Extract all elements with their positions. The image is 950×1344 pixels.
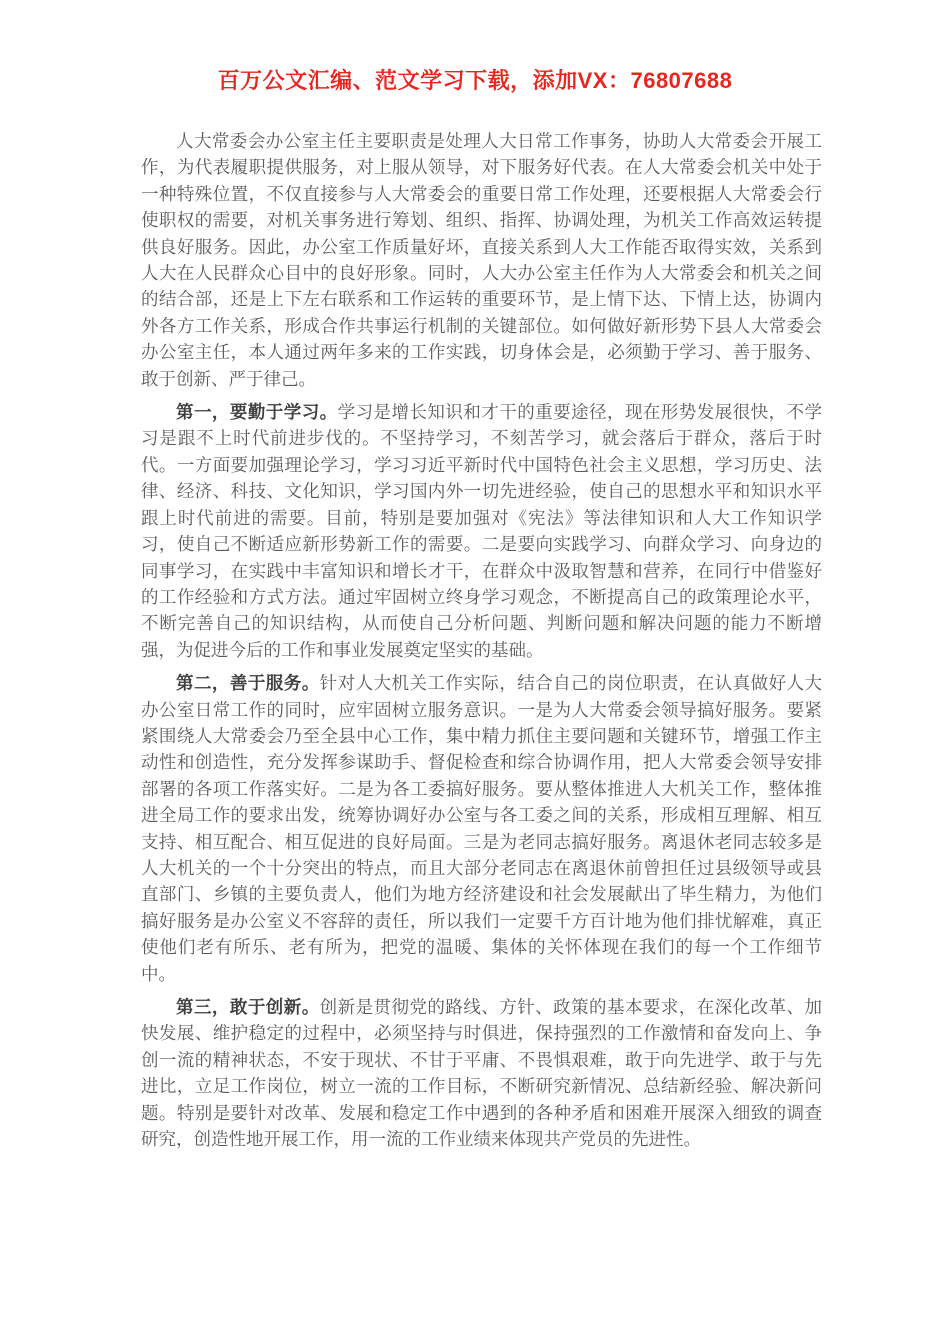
document-page: 百万公文汇编、范文学习下载，添加VX：76807688 人大常委会办公室主任主要… xyxy=(0,0,950,1344)
paragraph-point-3: 第三，敢于创新。创新是贯彻党的路线、方针、政策的基本要求，在深化改革、加快发展、… xyxy=(141,994,822,1152)
paragraph-lead: 第三，敢于创新。 xyxy=(176,997,320,1017)
paragraph-point-1: 第一，要勤于学习。学习是增长知识和才干的重要途径，现在形势发展很快，不学习是跟不… xyxy=(141,399,822,663)
paragraph-text: 学习是增长知识和才干的重要途径，现在形势发展很快，不学习是跟不上时代前进步伐的。… xyxy=(141,402,822,660)
paragraph-text: 人大常委会办公室主任主要职责是处理人大日常工作事务，协助人大常委会开展工作，为代… xyxy=(141,131,822,389)
paragraph-lead: 第二，善于服务。 xyxy=(176,673,320,693)
paragraph-point-2: 第二，善于服务。针对人大机关工作实际，结合自己的岗位职责，在认真做好人大办公室日… xyxy=(141,670,822,987)
document-body: 人大常委会办公室主任主要职责是处理人大日常工作事务，协助人大常委会开展工作，为代… xyxy=(141,128,822,1152)
paragraph-text: 针对人大机关工作实际，结合自己的岗位职责，在认真做好人大办公室日常工作的同时，应… xyxy=(141,673,822,983)
promo-banner: 百万公文汇编、范文学习下载，添加VX：76807688 xyxy=(0,0,950,95)
paragraph-intro: 人大常委会办公室主任主要职责是处理人大日常工作事务，协助人大常委会开展工作，为代… xyxy=(141,128,822,392)
paragraph-lead: 第一，要勤于学习。 xyxy=(176,402,338,422)
paragraph-text: 创新是贯彻党的路线、方针、政策的基本要求，在深化改革、加快发展、维护稳定的过程中… xyxy=(141,997,822,1149)
